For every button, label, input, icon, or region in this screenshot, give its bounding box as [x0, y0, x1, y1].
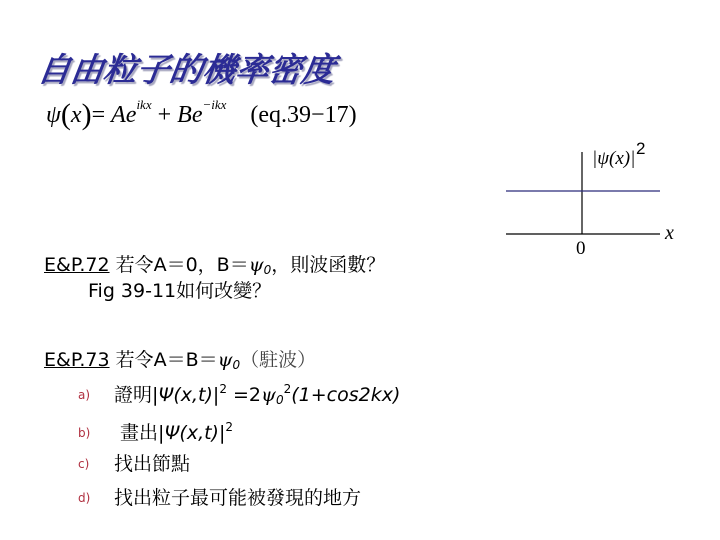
- item-b-prefix: 畫出|: [114, 422, 164, 444]
- list-item-a: a)證明|Ψ(x,t)|2 =2ψ02(1+cos2kx): [78, 376, 400, 413]
- exercise-73-text-a: 若令A＝B＝: [110, 349, 218, 371]
- wave-function-equation: ψ(x)= Aeikx + Be−ikx (eq.39−17): [46, 98, 357, 132]
- exercise-72-text-b: ，則波函數？: [271, 254, 385, 276]
- eq-arg: x: [71, 102, 82, 128]
- graph-svg: |ψ(x)| 2 x 0: [500, 130, 690, 260]
- item-a-close: ): [393, 384, 400, 406]
- list-marker: c): [78, 451, 114, 477]
- exponent-2: −ikx: [202, 97, 226, 112]
- list-item-d: d)找出粒子最可能被發現的地方: [78, 485, 361, 511]
- list-marker: b): [78, 420, 114, 446]
- exercise-72-line2: Fig 39-11如何改變？: [88, 278, 271, 304]
- probability-density-graph: |ψ(x)| 2 x 0: [500, 130, 690, 260]
- y-axis-label-exponent: 2: [636, 139, 645, 158]
- origin-label: 0: [576, 238, 586, 259]
- exp-base-1: e: [126, 102, 137, 128]
- list-item-c: c)找出節點: [78, 451, 190, 477]
- psi0-subscript: 0: [276, 393, 284, 407]
- item-a-psi-xt: Ψ(x,t): [158, 384, 213, 406]
- y-axis-label: |ψ(x)|: [592, 148, 635, 169]
- eq-equals: =: [92, 102, 106, 128]
- exponent-1: ikx: [136, 97, 151, 112]
- psi-symbol: ψ: [46, 102, 61, 128]
- item-a-kx: kx: [371, 384, 393, 406]
- item-b-psi-xt: Ψ(x,t): [164, 422, 219, 444]
- item-a-sup: 2: [219, 382, 227, 396]
- item-a-prefix: 證明|: [114, 384, 158, 406]
- exercise-73-text-b: （駐波）: [240, 349, 316, 371]
- exercise-73: E&P.73 若令A＝B＝ψ0（駐波）: [44, 347, 316, 378]
- slide-title: 自由粒子的機率密度: [35, 44, 339, 91]
- list-marker: a): [78, 382, 114, 408]
- item-d-text: 找出粒子最可能被發現的地方: [114, 487, 361, 509]
- exercise-72-text-a: 若令A＝0，B＝: [110, 254, 249, 276]
- item-a-rest-b: (1+cos2: [291, 384, 370, 406]
- list-marker: d): [78, 485, 114, 511]
- x-axis-label: x: [664, 222, 674, 244]
- exercise-73-label: E&P.73: [44, 349, 110, 371]
- item-a-rest-a: =2: [227, 384, 261, 406]
- item-c-text: 找出節點: [114, 453, 190, 475]
- psi0-symbol: ψ: [218, 349, 233, 371]
- eq-plus: +: [158, 102, 172, 128]
- psi0-symbol: ψ: [249, 254, 264, 276]
- item-b-sup: 2: [225, 420, 233, 434]
- coef-b: B: [177, 102, 192, 128]
- list-item-b: b) 畫出|Ψ(x,t)|2: [78, 414, 233, 446]
- coef-a: A: [111, 102, 126, 128]
- equation-reference: (eq.39−17): [250, 102, 356, 128]
- psi0-symbol: ψ: [261, 384, 276, 406]
- exercise-72-label: E&P.72: [44, 254, 110, 276]
- exp-base-2: e: [192, 102, 203, 128]
